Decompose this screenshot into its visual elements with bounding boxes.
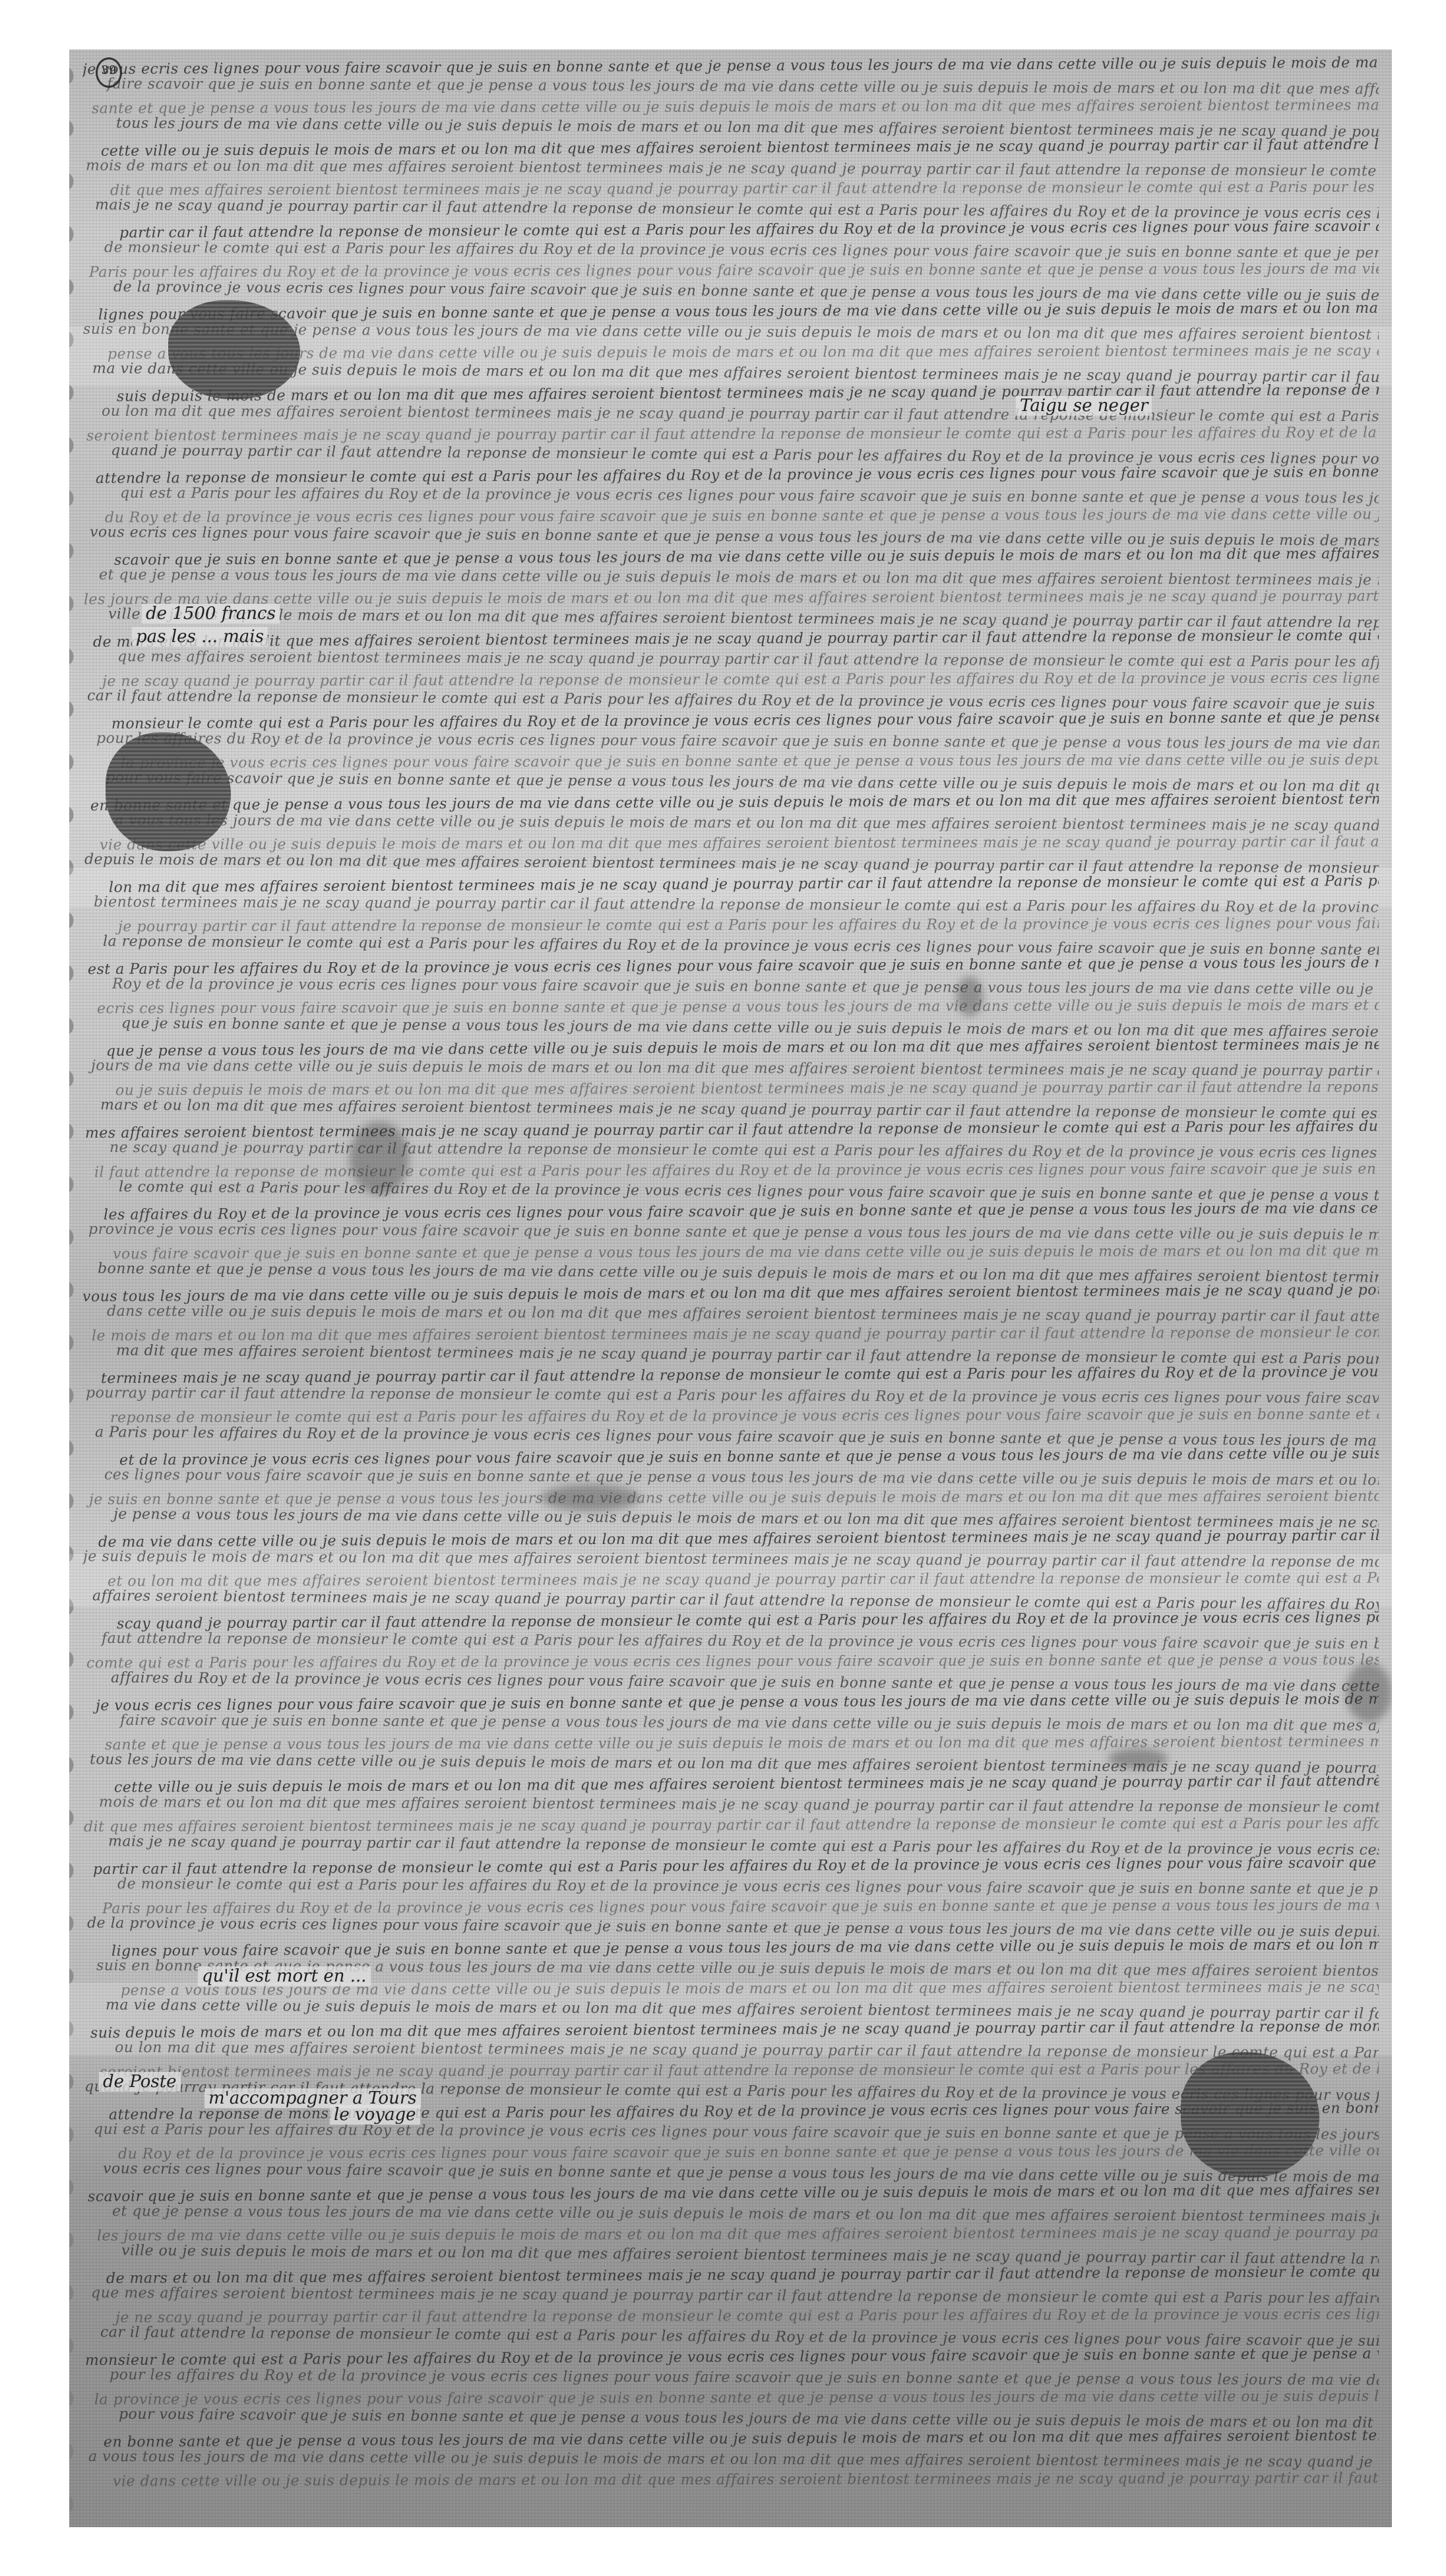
handwritten-line: vie dans cette ville ou je suis depuis l… [82,2468,1379,2492]
handwritten-text-block: je vous ecris ces lignes pour vous faire… [82,56,1379,2521]
stain [350,1122,409,1194]
stain [957,977,983,1016]
stain [1346,1663,1392,1722]
legible-text-fragment: pas les ... mais [132,627,268,647]
scalloped-selvage-edge [69,49,79,2527]
legible-text-fragment: de 1500 francs [142,604,280,624]
legible-text-fragment: de Poste [99,2072,181,2092]
stain [1108,1749,1168,1768]
cloth-document: 39 je vous ecris ces lignes pour vous fa… [69,49,1392,2527]
legible-text-fragment: le voyage [330,2105,420,2125]
stain [541,1485,640,1511]
legible-text-fragment: Taigu se neger [1016,396,1152,416]
legible-text-fragment: qu'il est mort en ... [198,1966,371,1986]
